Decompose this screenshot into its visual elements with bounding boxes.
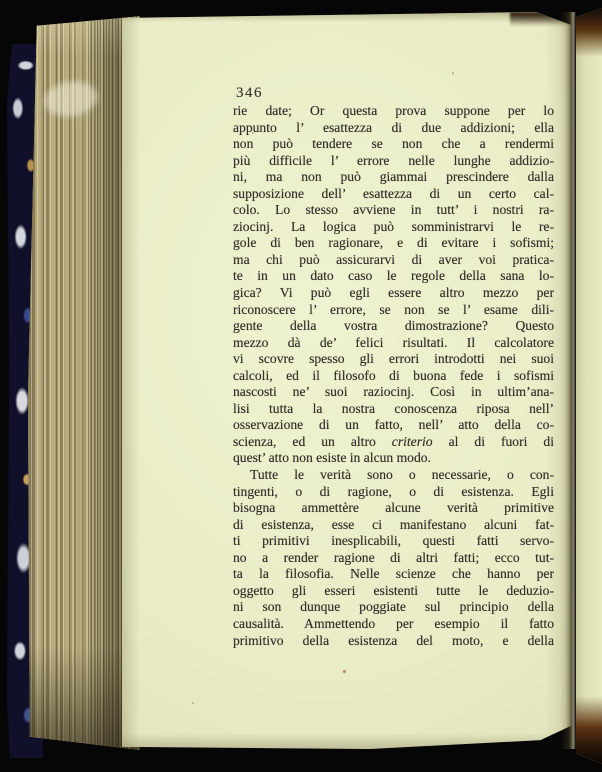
paragraph-start-line: Tutte le verità sono o necessarie, o con… [233, 467, 554, 484]
text-line: ti primitivi inesplicabili, questi fatti… [233, 533, 554, 550]
book-page: 346 rie date; Or questa prova suppone pe… [122, 12, 572, 749]
italic-word-criterio: criterio [392, 434, 433, 449]
text-line-with-italic: scienza, ed un altro criterio al di fuor… [233, 434, 554, 451]
paper-speck [343, 670, 346, 673]
text-line: vi scovre spesso gli errori introdotti n… [233, 351, 554, 368]
text-line: gole di ben ragionare, e di evitare i so… [233, 235, 554, 252]
text-line: ta la filosofia. Nelle scienze che hanno… [233, 566, 554, 583]
text-line: ma chi può assicurarvi di aver voi prati… [233, 252, 554, 269]
text-line: gente della vostra dimostrazione? Questo [233, 318, 554, 335]
text-line: te in un dato caso le regole della sana … [233, 268, 554, 285]
text-line: di esistenza, esse ci manifestano alcuni… [233, 517, 554, 534]
text-line: primitivo della esistenza del moto, e de… [233, 633, 554, 650]
text-line: osservazione di un fatto, nell’ atto del… [233, 417, 554, 434]
text-segment: scienza, ed un altro [233, 434, 392, 449]
text-line: supposizione dell’ esattezza di un certo… [233, 186, 554, 203]
text-line: più difficile l’ errore nelle lunghe add… [233, 153, 554, 170]
text-line: calcoli, ed il filosofo di buona fede i … [233, 368, 554, 385]
text-line: tingenti, o di ragione, o di esistenza. … [233, 484, 554, 501]
page-text-block: rie date; Or questa prova suppone per lo… [233, 103, 554, 649]
text-line: ziocinj. La logica può somministrarvi le… [233, 219, 554, 236]
text-line: oggetto gli esseri esistenti tutte le de… [233, 583, 554, 600]
gutter-crease [560, 12, 576, 749]
text-line: causalità. Ammettendo per esempio il fat… [233, 616, 554, 633]
text-line: riconoscere l’ errore, se non se l’ esam… [233, 302, 554, 319]
facing-page-edge [576, 8, 602, 764]
text-line: rie date; Or questa prova suppone per lo [233, 103, 554, 120]
paragraph-end-line: quest’ atto non esiste in alcun modo. [233, 450, 554, 467]
text-line: non può tendere se non che a rendermi [233, 136, 554, 153]
scanned-book-photo: 346 rie date; Or questa prova suppone pe… [0, 0, 602, 772]
paper-speck [452, 72, 454, 75]
text-line: ni, ma non può giammai prescindere dalla [233, 169, 554, 186]
text-line: appunto l’ esattezza di due addizioni; e… [233, 120, 554, 137]
text-line: mezzo dà de’ felici risultati. Il calcol… [233, 335, 554, 352]
paper-speck [252, 132, 254, 134]
text-line: colo. Lo stesso avviene in tutt’ i nostr… [233, 202, 554, 219]
text-line: nascosti ne’ suoi raziocinj. Così in ult… [233, 384, 554, 401]
text-line: gica? Vi può egli essere altro mezzo per [233, 285, 554, 302]
text-line: ni son dunque poggiate sul principio del… [233, 599, 554, 616]
text-line: no a render ragione di altri fatti; ecco… [233, 550, 554, 567]
text-segment: al di fuori di [433, 434, 554, 449]
text-line: lisi tutta la nostra conoscenza riposa n… [233, 401, 554, 418]
paper-speck [192, 702, 194, 704]
page-number: 346 [236, 85, 263, 102]
text-line: bisogna ammettère alcune verità primitiv… [233, 500, 554, 517]
paper-speck [512, 212, 514, 214]
